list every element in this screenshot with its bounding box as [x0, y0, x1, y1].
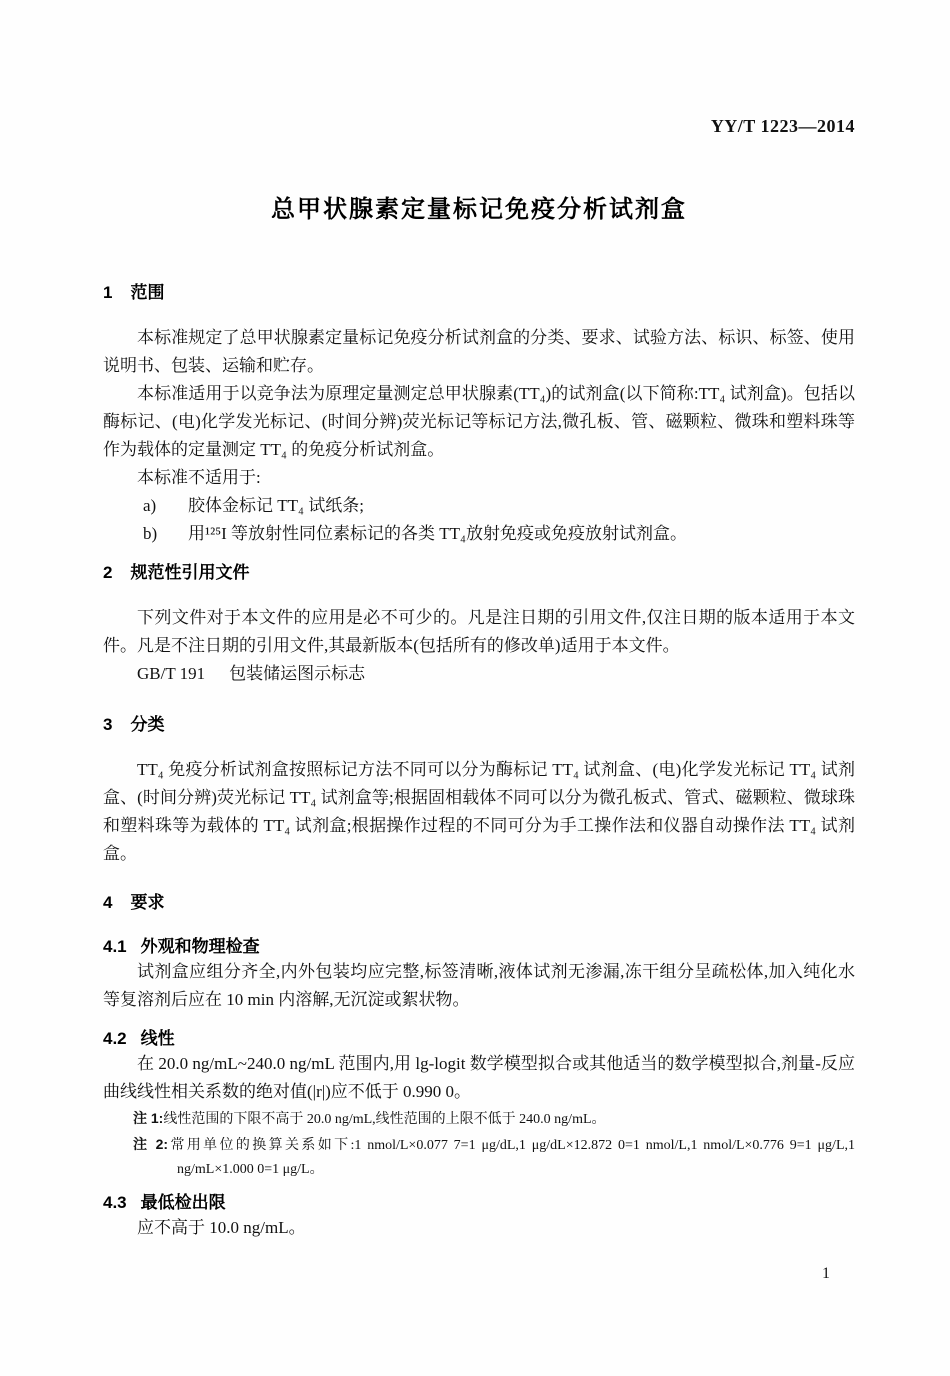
- standard-code: YY/T 1223—2014: [103, 116, 855, 136]
- section-4-3-title: 最低检出限: [141, 1193, 226, 1212]
- document-page: YY/T 1223—2014 总甲状腺素定量标记免疫分析试剂盒 1范围 本标准规…: [0, 0, 950, 1376]
- page-content: YY/T 1223—2014 总甲状腺素定量标记免疫分析试剂盒 1范围 本标准规…: [0, 116, 950, 1242]
- section-2-paragraph-1: 下列文件对于本文件的应用是必不可少的。凡是注日期的引用文件,仅注日期的版本适用于…: [103, 604, 855, 660]
- section-4-2-title: 线性: [141, 1029, 175, 1048]
- reference-title: 包装储运图示标志: [229, 664, 365, 683]
- list-item-a: a)胶体金标记 TT₄ 试纸条;: [143, 492, 855, 520]
- note-2: 注 2:常用单位的换算关系如下:1 nmol/L×0.077 7=1 μg/dL…: [133, 1132, 855, 1182]
- section-2-number: 2: [103, 563, 112, 582]
- section-1-paragraph-2: 本标准适用于以竞争法为原理定量测定总甲状腺素(TT₄)的试剂盒(以下简称:TT₄…: [103, 380, 855, 464]
- normative-reference: GB/T 191包装储运图示标志: [103, 660, 855, 688]
- section-4-3-heading: 4.3最低检出限: [103, 1192, 855, 1214]
- reference-code: GB/T 191: [137, 664, 205, 683]
- section-3-heading: 3分类: [103, 714, 855, 736]
- section-4-heading: 4要求: [103, 892, 855, 914]
- note-1-label: 注 1:: [133, 1110, 163, 1126]
- section-4-2-paragraph-1: 在 20.0 ng/mL~240.0 ng/mL 范围内,用 lg-logit …: [103, 1050, 855, 1106]
- note-2-text: 常用单位的换算关系如下:1 nmol/L×0.077 7=1 μg/dL,1 μ…: [168, 1138, 855, 1177]
- section-1-paragraph-3: 本标准不适用于:: [103, 464, 855, 492]
- section-3-title: 分类: [130, 715, 164, 734]
- list-item-b-label: b): [143, 520, 188, 548]
- section-4-2-heading: 4.2线性: [103, 1028, 855, 1050]
- list-item-a-text: 胶体金标记 TT₄ 试纸条;: [188, 496, 364, 515]
- section-4-2-number: 4.2: [103, 1029, 127, 1048]
- document-title: 总甲状腺素定量标记免疫分析试剂盒: [103, 194, 855, 226]
- list-item-b-text: 用¹²⁵I 等放射性同位素标记的各类 TT₄放射免疫或免疫放射试剂盒。: [188, 524, 687, 543]
- section-1-number: 1: [103, 283, 112, 302]
- note-2-label: 注 2:: [133, 1136, 168, 1152]
- section-1-title: 范围: [130, 283, 164, 302]
- section-4-1-number: 4.1: [103, 937, 127, 956]
- section-4-3-number: 4.3: [103, 1193, 127, 1212]
- section-1-heading: 1范围: [103, 282, 855, 304]
- section-2-heading: 2规范性引用文件: [103, 562, 855, 584]
- section-4-title: 要求: [130, 893, 164, 912]
- page-number: 1: [822, 1264, 830, 1284]
- note-1: 注 1:线性范围的下限不高于 20.0 ng/mL,线性范围的上限不低于 240…: [133, 1106, 855, 1132]
- section-1-paragraph-1: 本标准规定了总甲状腺素定量标记免疫分析试剂盒的分类、要求、试验方法、标识、标签、…: [103, 324, 855, 380]
- section-4-3-paragraph-1: 应不高于 10.0 ng/mL。: [103, 1214, 855, 1242]
- section-3-paragraph-1: TT₄ 免疫分析试剂盒按照标记方法不同可以分为酶标记 TT₄ 试剂盒、(电)化学…: [103, 756, 855, 868]
- note-1-text: 线性范围的下限不高于 20.0 ng/mL,线性范围的上限不低于 240.0 n…: [163, 1112, 605, 1127]
- list-item-b: b)用¹²⁵I 等放射性同位素标记的各类 TT₄放射免疫或免疫放射试剂盒。: [143, 520, 855, 548]
- list-item-a-label: a): [143, 492, 188, 520]
- section-4-1-heading: 4.1外观和物理检查: [103, 936, 855, 958]
- section-4-number: 4: [103, 893, 112, 912]
- section-4-1-title: 外观和物理检查: [141, 937, 260, 956]
- section-2-title: 规范性引用文件: [130, 563, 249, 582]
- section-4-1-paragraph-1: 试剂盒应组分齐全,内外包装均应完整,标签清晰,液体试剂无渗漏,冻干组分呈疏松体,…: [103, 958, 855, 1014]
- section-3-number: 3: [103, 715, 112, 734]
